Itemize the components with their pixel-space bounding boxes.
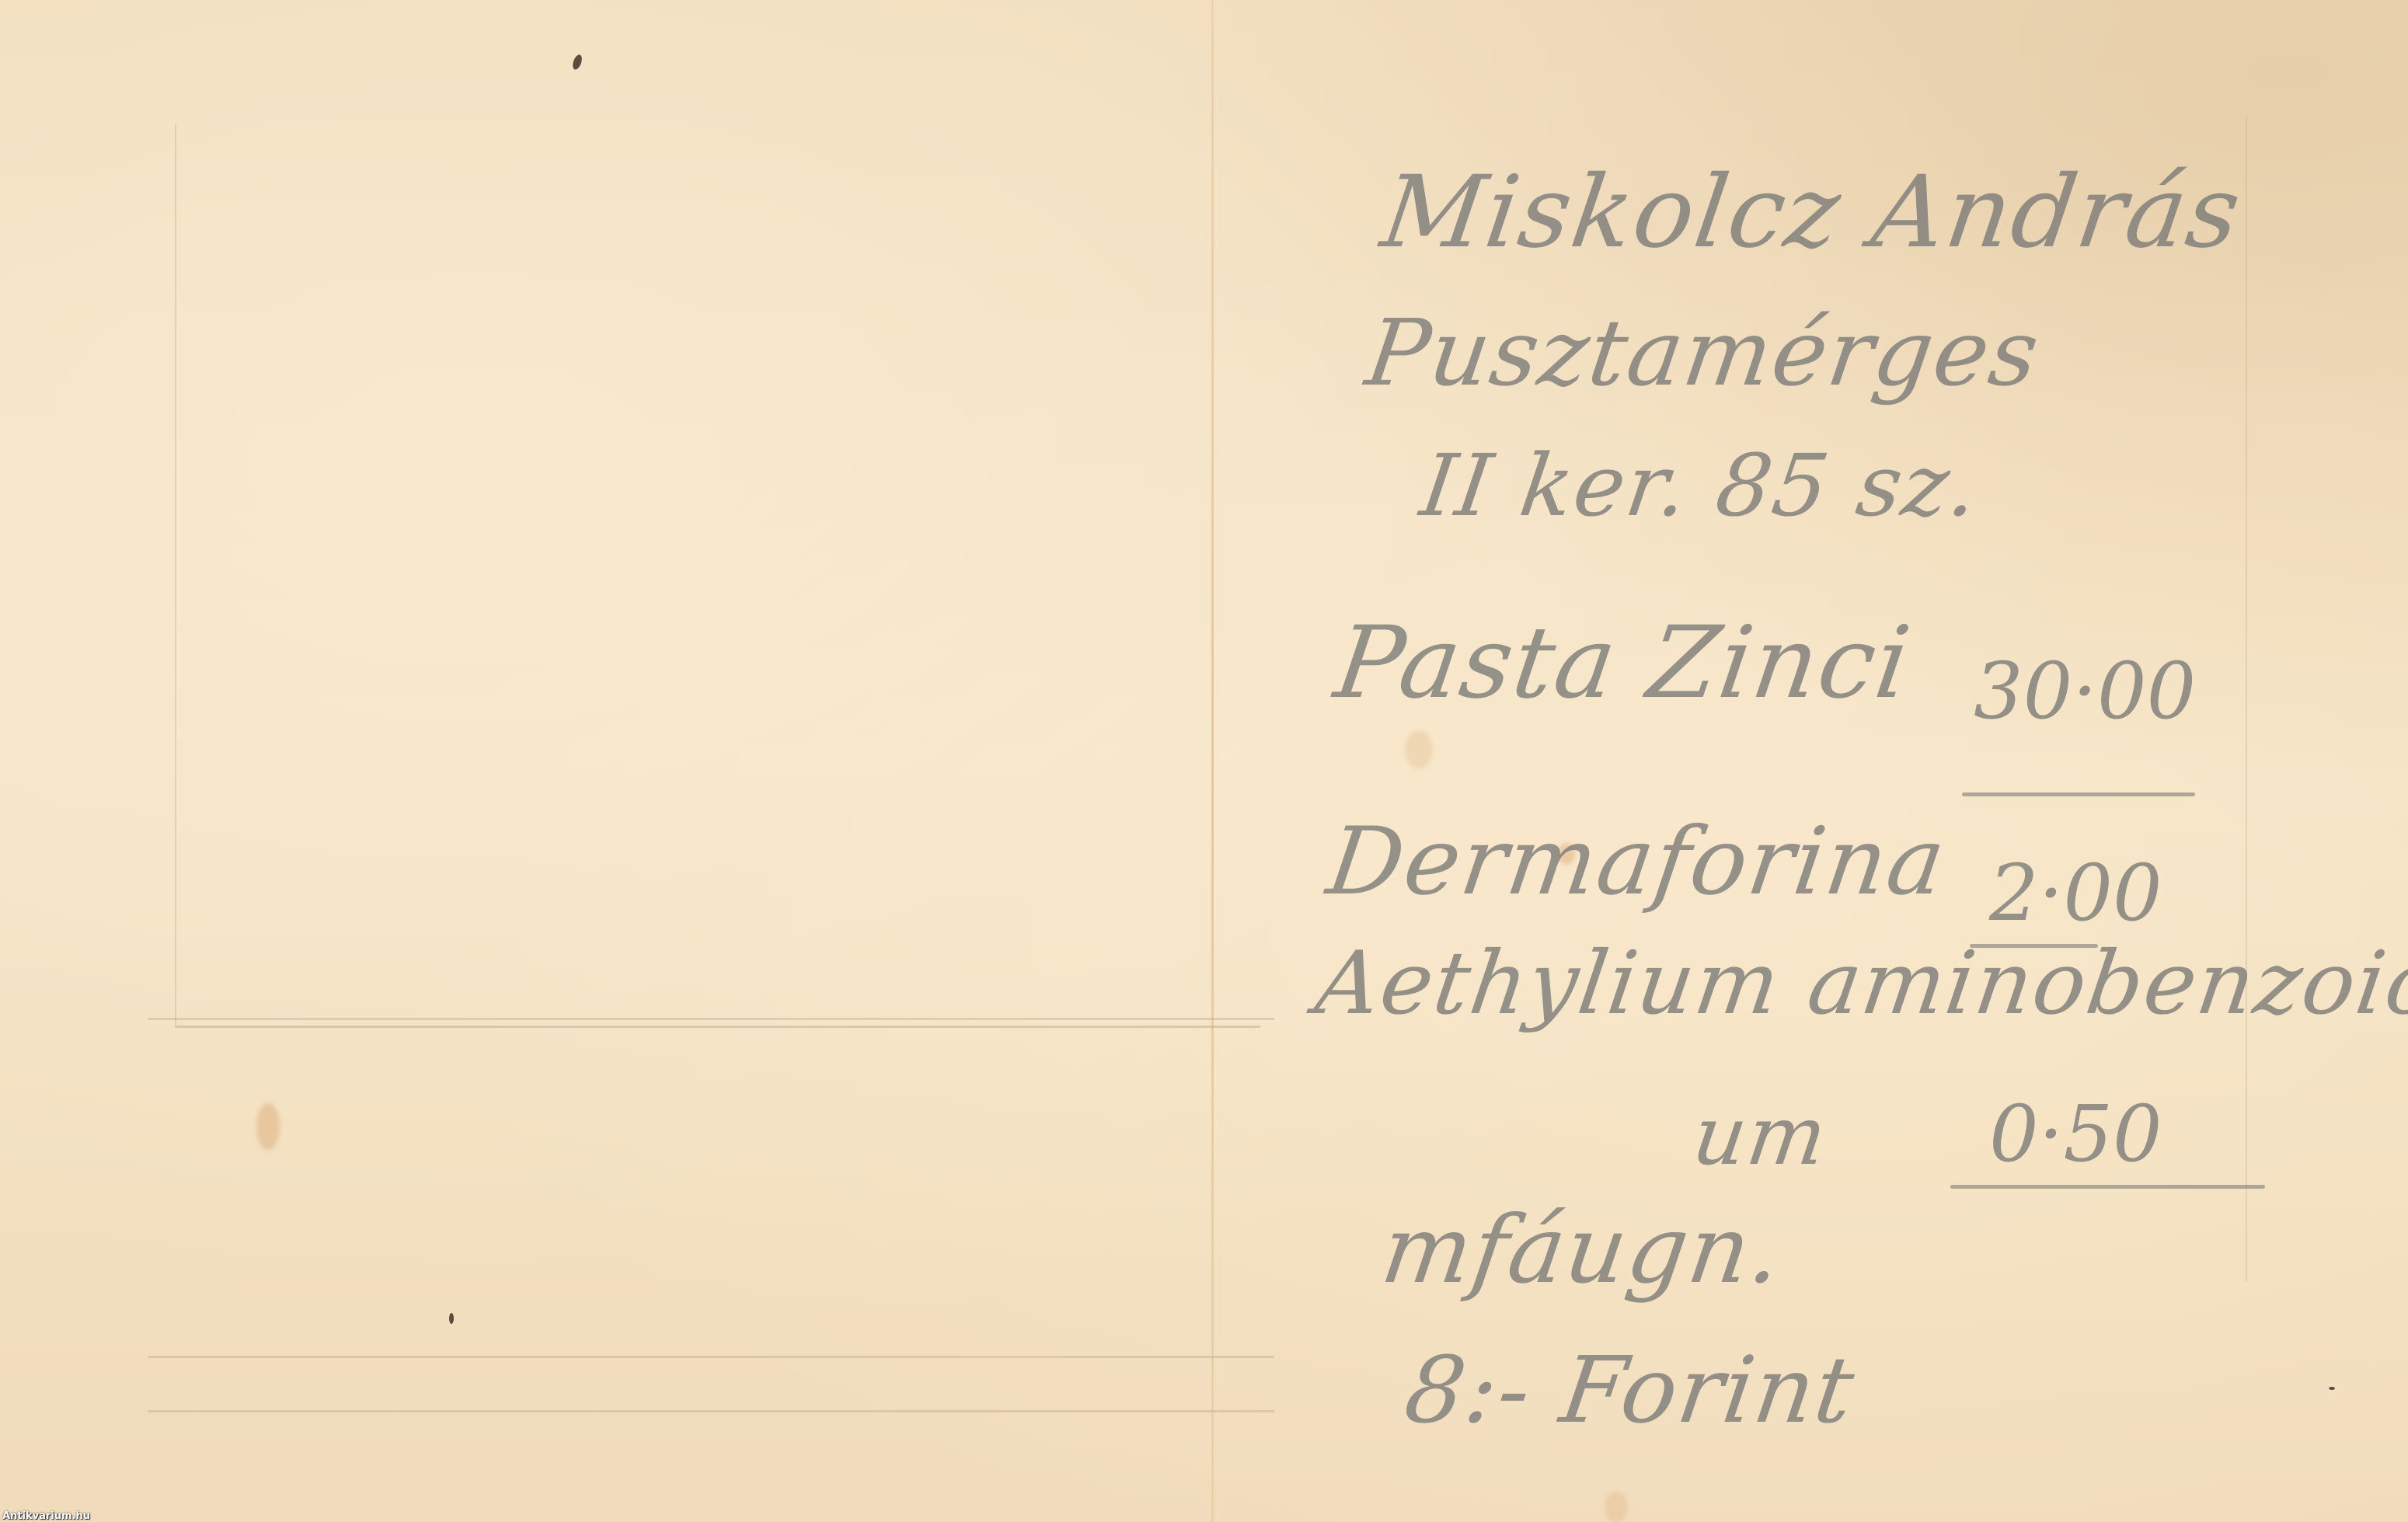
item-label-aethylium-line-2: um bbox=[1688, 1095, 1833, 1177]
item-amount-dermaforina: 2·00 bbox=[1989, 855, 2162, 932]
paper-stain bbox=[1605, 1492, 1628, 1522]
center-fold-crease bbox=[1211, 0, 1214, 1522]
printed-rule-line bbox=[148, 1356, 1274, 1358]
item-label-aethylium-line-1: Aethylium aminobenzoic bbox=[1311, 940, 2408, 1027]
address-town: Pusztamérges bbox=[1361, 307, 2046, 399]
total-amount: 8:- Forint bbox=[1400, 1344, 1861, 1436]
item-label-dermaforina: Dermaforina bbox=[1322, 816, 1952, 909]
paper-speck bbox=[2329, 1387, 2335, 1390]
scanned-document-page: Miskolcz András Pusztamérges II ker. 85 … bbox=[0, 0, 2408, 1522]
paper-speck bbox=[449, 1313, 454, 1324]
underline bbox=[1950, 1185, 2265, 1189]
receipt-note: mfáugn. bbox=[1377, 1204, 1789, 1297]
paper-speck bbox=[571, 54, 584, 71]
patient-name: Miskolcz András bbox=[1376, 163, 2247, 263]
paper-stain bbox=[1405, 730, 1433, 769]
underline bbox=[1962, 792, 2195, 796]
printed-rule-line bbox=[148, 1018, 1274, 1020]
item-amount-pasta-zinci: 30·00 bbox=[1974, 653, 2196, 730]
watermark-text: Antikvarium.hu bbox=[2, 1510, 90, 1522]
printed-rule-line bbox=[148, 1410, 1274, 1412]
printed-frame-left-panel bbox=[175, 124, 1260, 1028]
printed-frame-right-edge bbox=[2246, 117, 2247, 1282]
item-label-pasta-zinci: Pasta Zinci bbox=[1329, 614, 1917, 713]
address-street: II ker. 85 sz. bbox=[1416, 443, 1985, 528]
paper-stain bbox=[256, 1103, 280, 1150]
item-amount-aethylium: 0·50 bbox=[1989, 1095, 2162, 1173]
